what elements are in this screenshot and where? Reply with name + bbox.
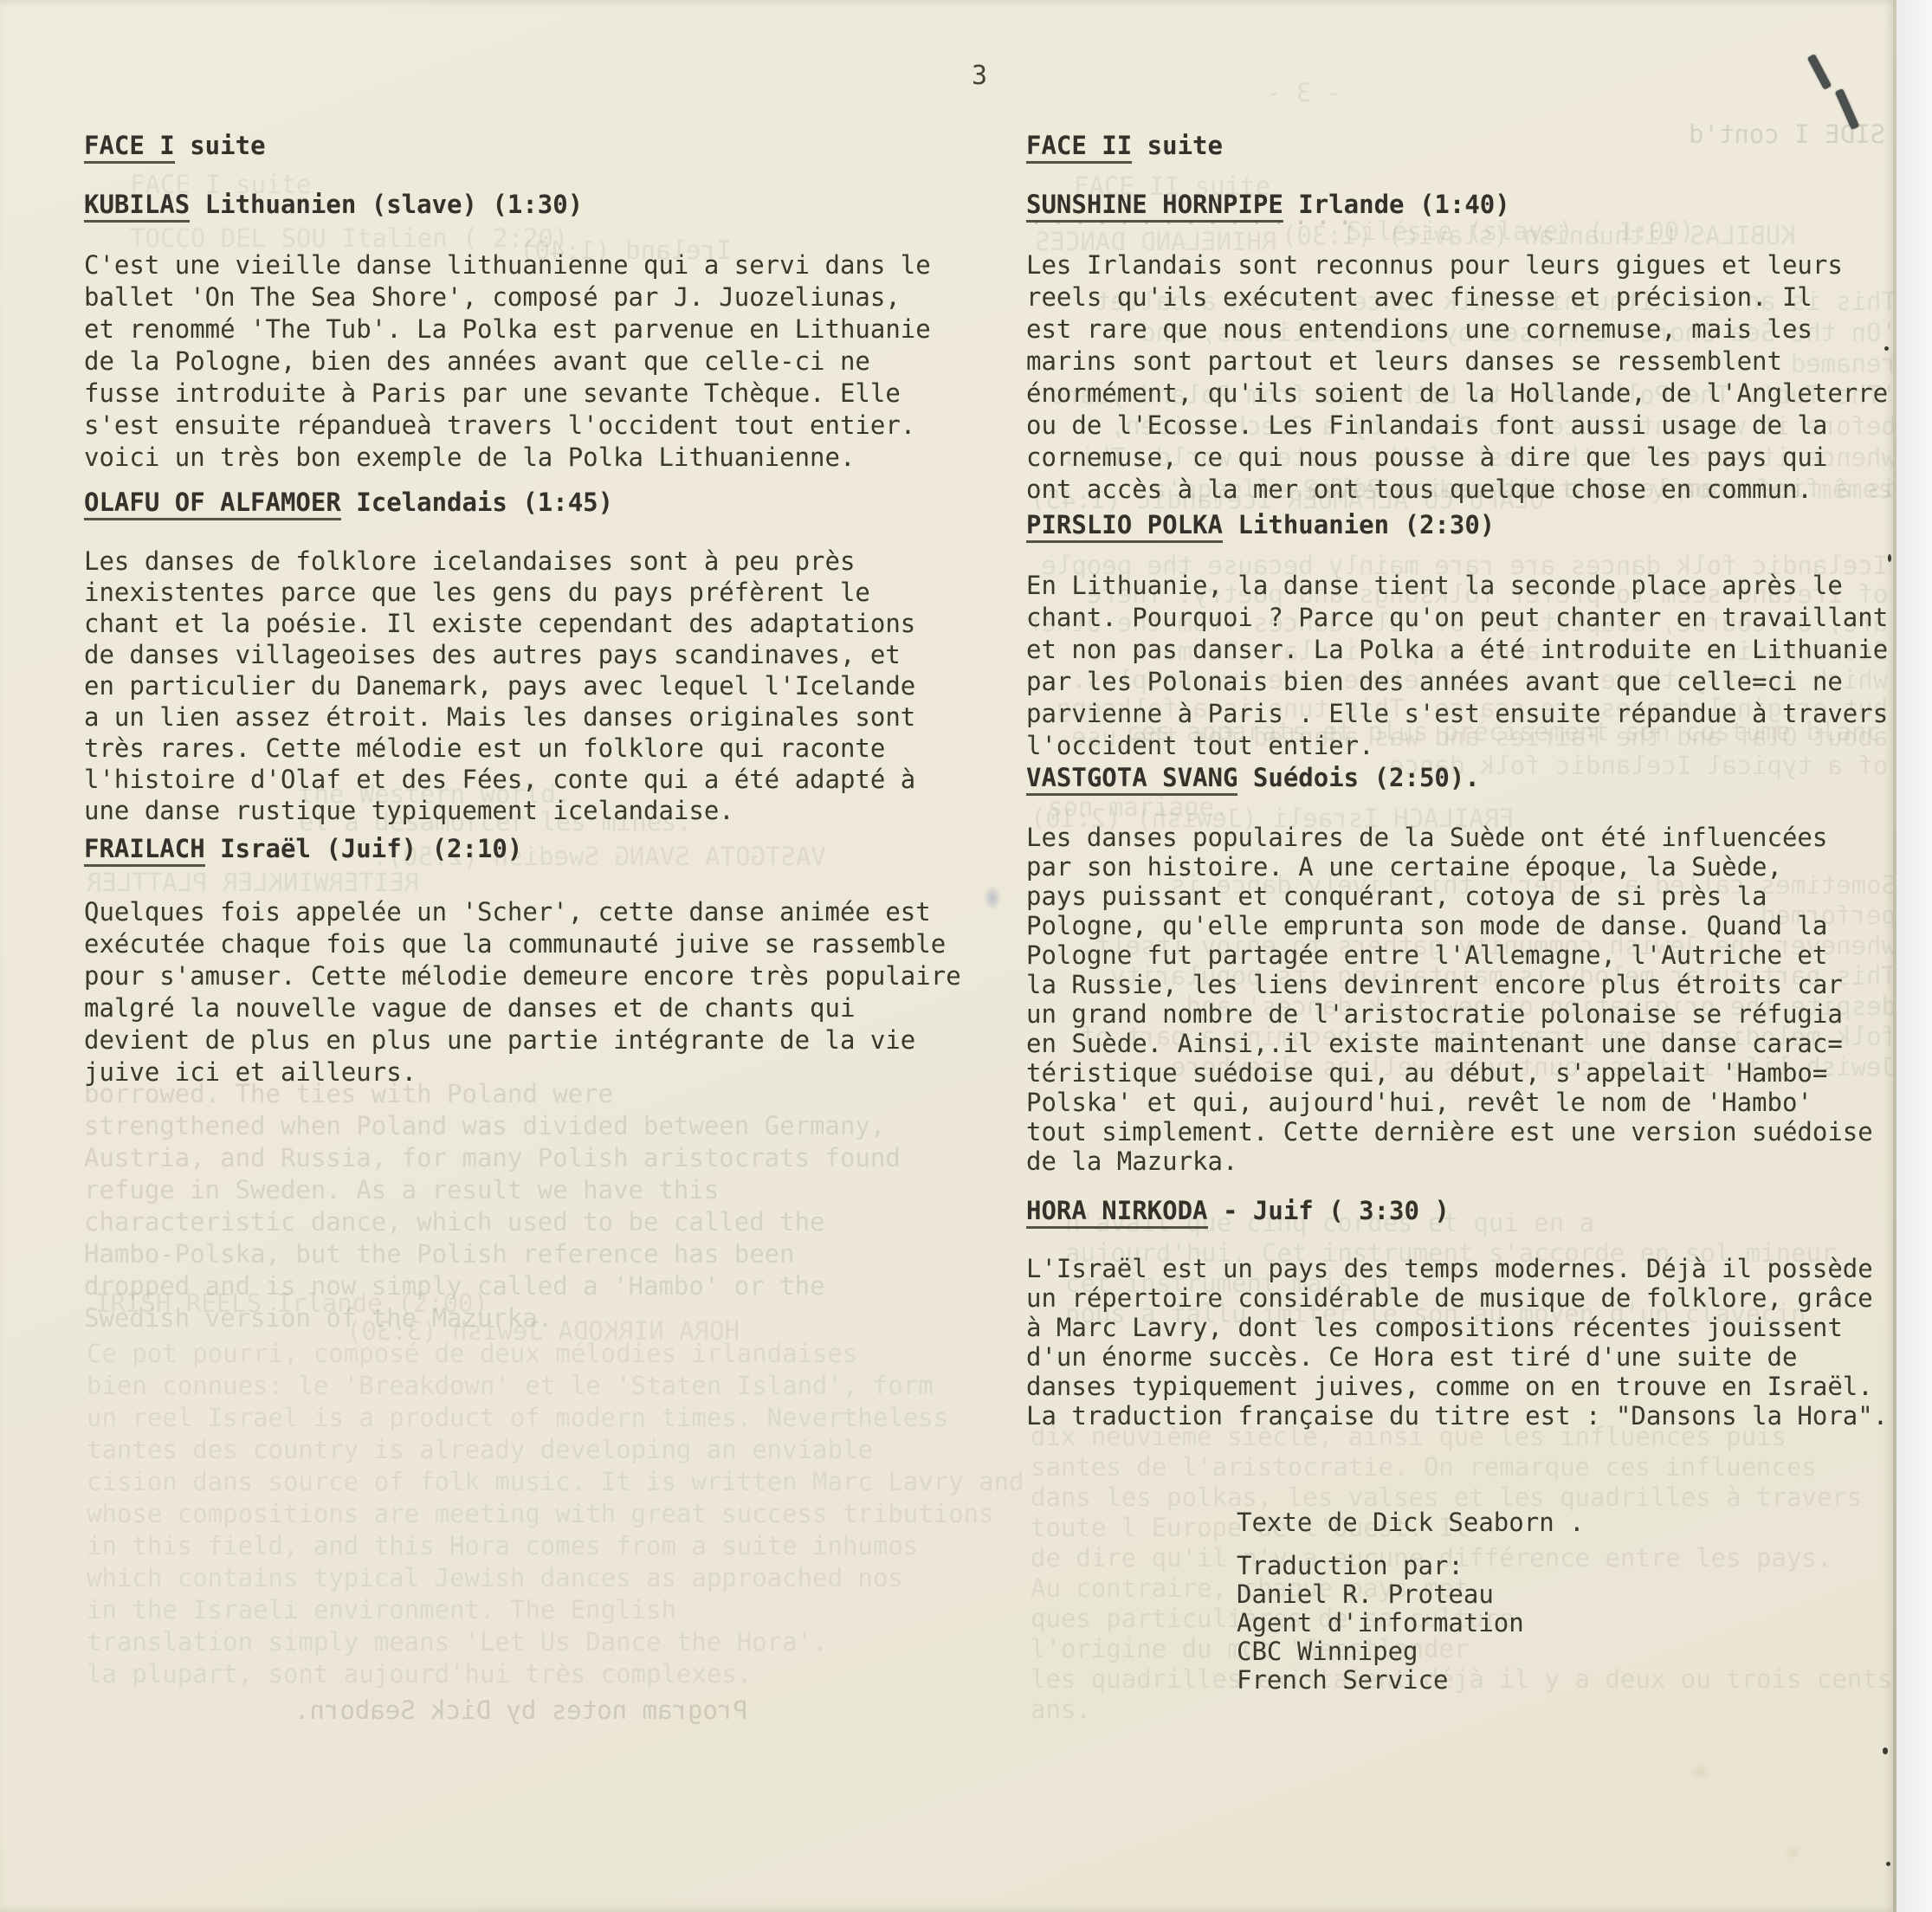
entry-heading-sunshine: SUNSHINE HORNPIPE Irlande (1:40) — [1026, 189, 1510, 221]
ink-smudge — [984, 885, 1001, 911]
edge-speck — [1886, 1862, 1890, 1866]
ghost-kubilas-mirror: KUBILAS Lithuanian (slavic) (1:30) — [1282, 221, 1796, 251]
entry-name-olafu: OLAFU OF ALFAMOER — [84, 488, 341, 520]
page-number: 3 — [972, 61, 987, 91]
entry-heading-vastgota: VASTGOTA SVANG Suédois (2:50). — [1026, 762, 1480, 794]
entry-meta-olafu: Icelandais (1:45) — [341, 488, 613, 517]
scan-background — [1896, 0, 1932, 1912]
entry-meta-pirslio: Lithuanien (2:30) — [1223, 510, 1495, 539]
section-title-face2: FACE II suite — [1026, 130, 1223, 162]
entry-meta-frailach: Israël (Juif) (2:10) — [205, 834, 523, 863]
entry-heading-olafu: OLAFU OF ALFAMOER Icelandais (1:45) — [84, 487, 613, 519]
ghost-irish-reels: IRISH REELS Irlande (2:00) — [95, 1289, 488, 1319]
staple-upper-leg — [1807, 54, 1832, 90]
entry-meta-hora: - Juif ( 3:30 ) — [1208, 1196, 1450, 1225]
section-title-face2-underlined: FACE II — [1026, 131, 1132, 164]
ghost-plattler-mirror: REITERWINKLER PLATTLER — [87, 868, 419, 898]
entry-name-hora: HORA NIRKODA — [1026, 1196, 1208, 1229]
entry-paragraph-sunshine: Les Irlandais sont reconnus pour leurs g… — [1026, 249, 1932, 506]
edge-speck — [1888, 554, 1891, 562]
entry-paragraph-kubilas: C'est une vieille danse lithuanienne qui… — [84, 249, 1011, 474]
entry-heading-hora: HORA NIRKODA - Juif ( 3:30 ) — [1026, 1195, 1450, 1227]
section-title-face1-underlined: FACE I — [84, 131, 175, 164]
credits-author: Texte de Dick Seaborn . — [1237, 1507, 1585, 1539]
entry-paragraph-olafu: Les danses de folklore icelandaises sont… — [84, 546, 1019, 826]
paper-stain — [1784, 1844, 1801, 1860]
entry-paragraph-frailach: Quelques fois appelée un 'Scher', cette … — [84, 896, 1019, 1088]
entry-meta-vastgota: Suédois (2:50). — [1237, 763, 1479, 792]
entry-name-pirslio: PIRSLIO POLKA — [1026, 510, 1223, 543]
entry-meta-sunshine: Irlande (1:40) — [1283, 190, 1510, 219]
edge-speck — [1884, 346, 1889, 351]
scanned-paper-sheet: FACE I suite TOCCO DEL SOU Italien ( 2:2… — [0, 0, 1896, 1912]
entry-paragraph-pirslio: En Lithuanie, la danse tient la seconde … — [1026, 570, 1932, 762]
entry-meta-kubilas: Lithuanien (slave) (1:30) — [190, 190, 583, 219]
entry-name-frailach: FRAILACH — [84, 834, 205, 867]
entry-paragraph-vastgota: Les danses populaires de la Suède ont ét… — [1026, 823, 1932, 1176]
entry-heading-frailach: FRAILACH Israël (Juif) (2:10) — [84, 833, 522, 865]
ghost-page-number-mirror: - 3 - — [1266, 78, 1341, 108]
entry-heading-kubilas: KUBILAS Lithuanien (slave) (1:30) — [84, 189, 583, 221]
entry-paragraph-hora: L'Israël est un pays des temps modernes.… — [1026, 1254, 1932, 1431]
section-title-face1-rest: suite — [175, 131, 266, 160]
paper-stain — [1689, 1762, 1711, 1781]
entry-name-sunshine: SUNSHINE HORNPIPE — [1026, 190, 1283, 223]
entry-heading-pirslio: PIRSLIO POLKA Lithuanien (2:30) — [1026, 509, 1495, 541]
ghost-potpourri-block: Ce pot pourri, composé de deux mélodies … — [87, 1338, 1024, 1690]
edge-speck — [1883, 1747, 1888, 1754]
entry-name-kubilas: KUBILAS — [84, 190, 190, 223]
section-title-face1: FACE I suite — [84, 130, 266, 162]
credits-translation-block: Traduction par: Daniel R. Proteau Agent … — [1237, 1552, 1524, 1695]
section-title-face2-rest: suite — [1132, 131, 1223, 160]
ghost-program-notes-mirror: Program notes by Dick Seaborn. — [294, 1696, 748, 1726]
entry-name-vastgota: VASTGOTA SVANG — [1026, 763, 1237, 796]
